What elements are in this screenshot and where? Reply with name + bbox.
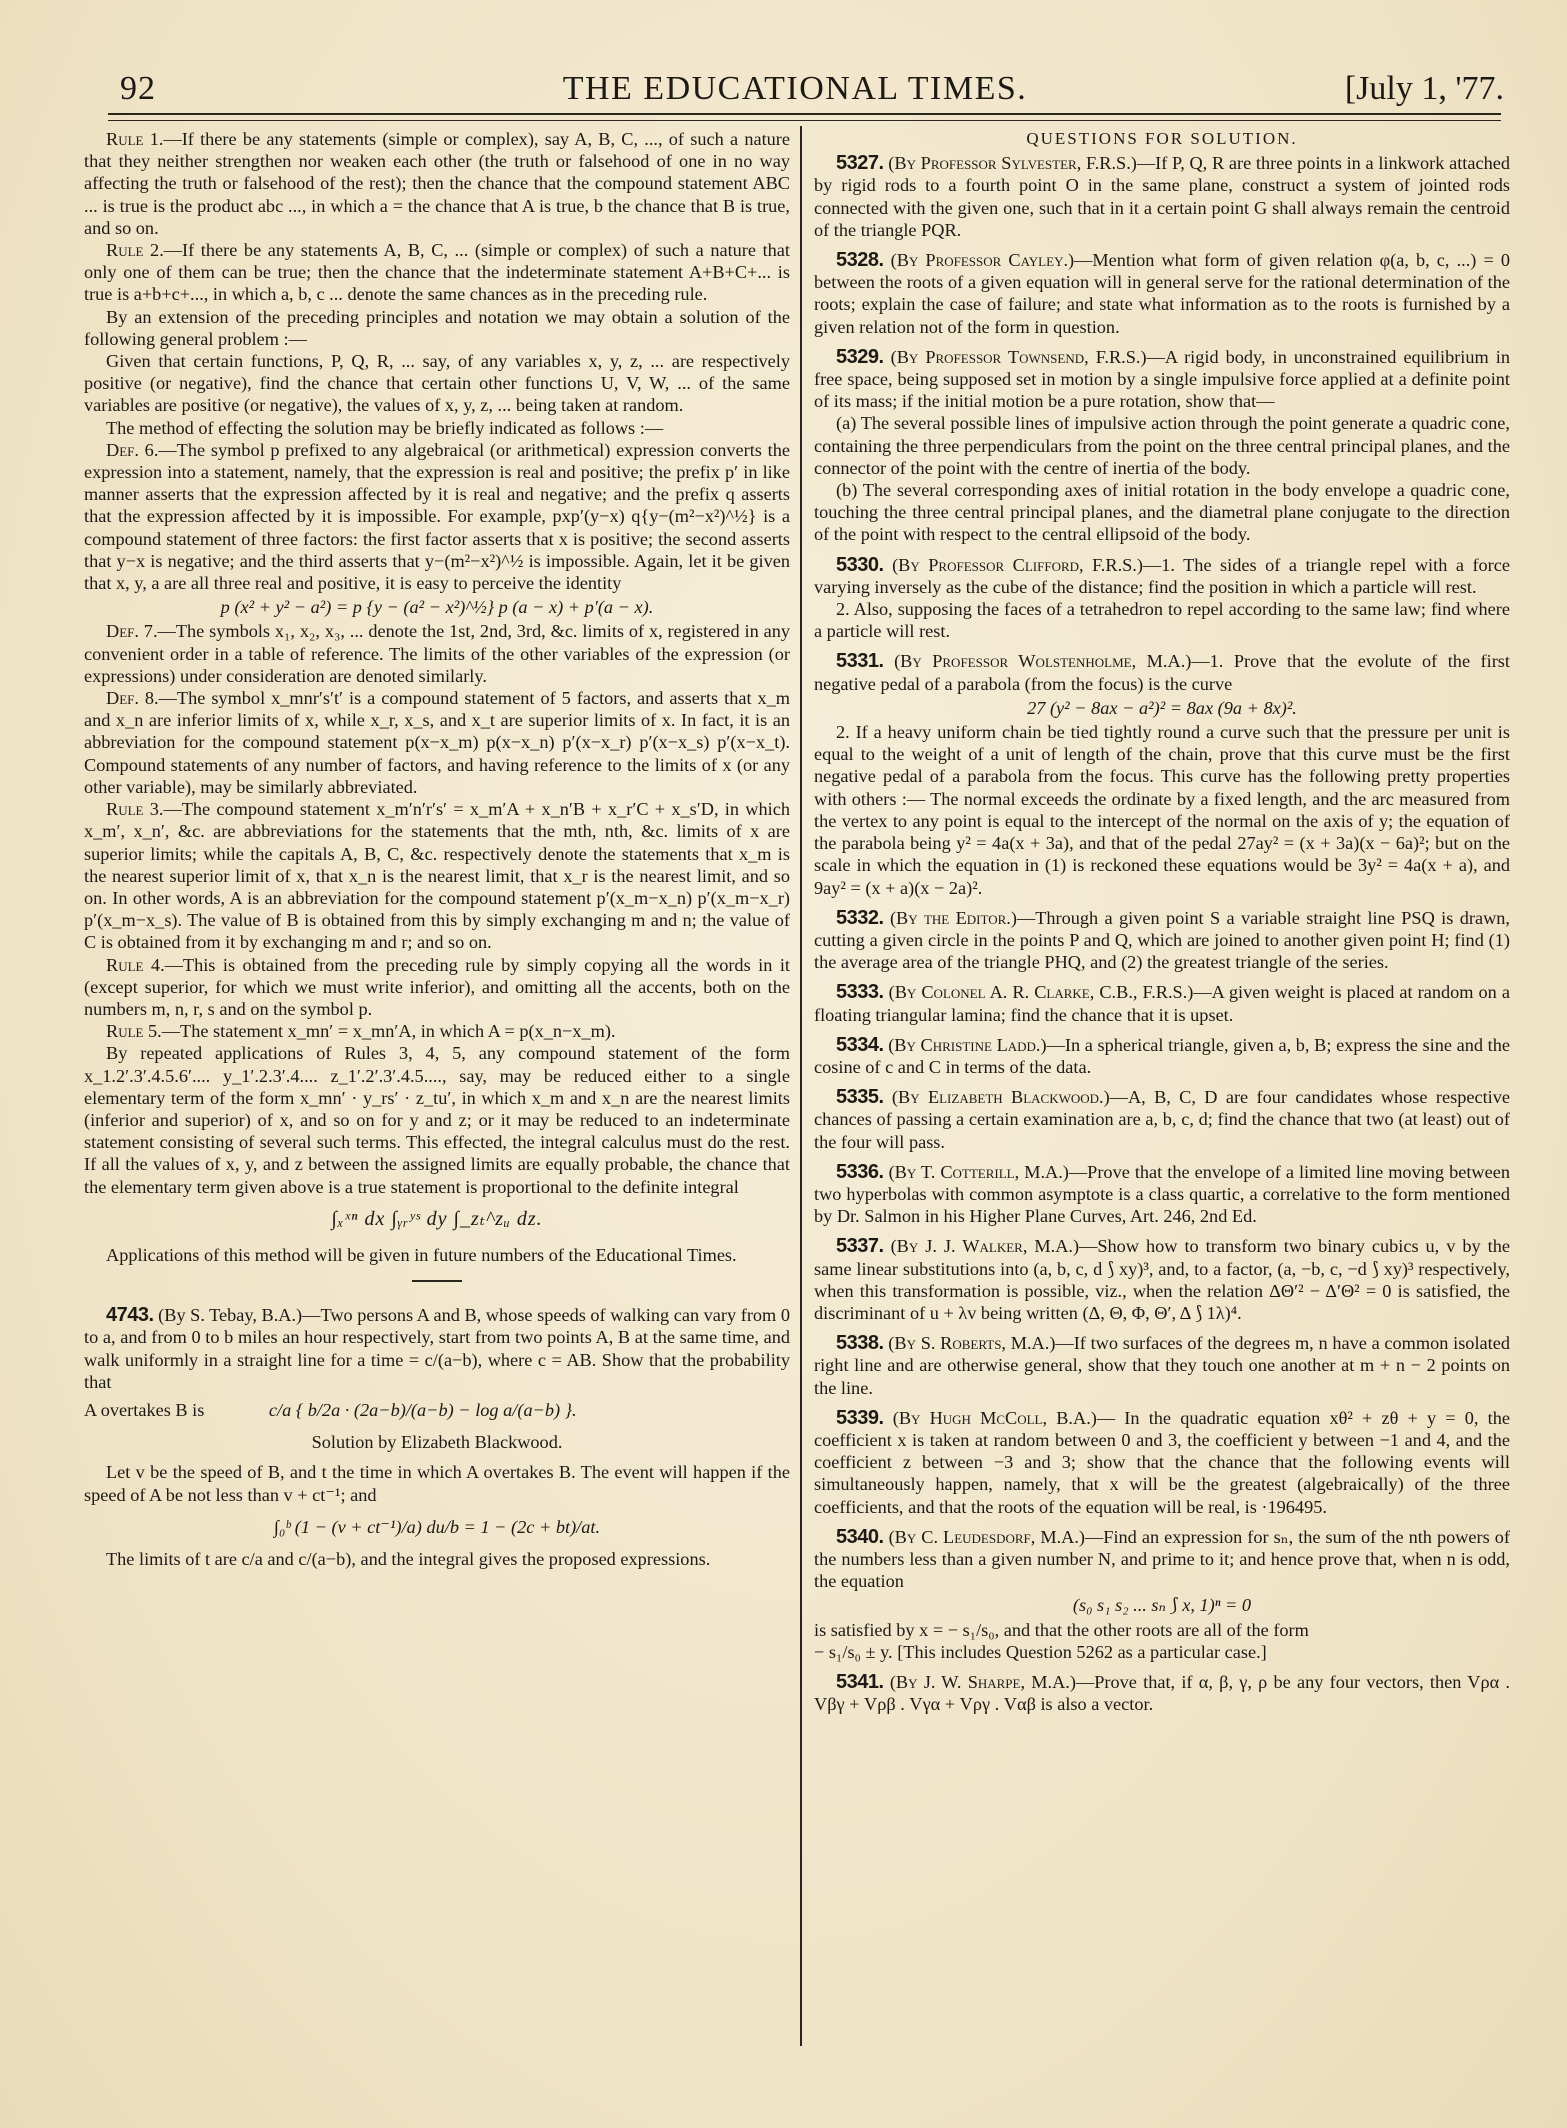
column-divider [800, 126, 802, 2046]
definition-6: Def. 6.—The symbol p prefixed to any alg… [84, 439, 790, 594]
question-5328: 5328. (By Professor Cayley.)—Mention wha… [814, 249, 1510, 338]
question-5330-part-2: 2. Also, supposing the faces of a tetrah… [814, 598, 1510, 642]
header-rule-bottom [108, 120, 1501, 121]
masthead: 92 THE EDUCATIONAL TIMES. [July 1, '77. [80, 70, 1510, 110]
left-column: Rule 1.—If there be any statements (simp… [84, 128, 790, 1570]
question-5336: 5336. (By T. Cotterill, M.A.)—Prove that… [814, 1161, 1510, 1228]
question-5329-part-b: (b) The several corresponding axes of in… [814, 479, 1510, 546]
header-rule-top [108, 113, 1501, 115]
solution-paragraph-1: Let v be the speed of B, and t the time … [84, 1461, 790, 1505]
paragraph-extension: By an extension of the preceding princip… [84, 306, 790, 350]
question-5330: 5330. (By Professor Clifford, F.R.S.)—1.… [814, 554, 1510, 598]
definition-7: Def. 7.—The symbols x₁, x₂, x₃, ... deno… [84, 620, 790, 687]
right-column: QUESTIONS FOR SOLUTION. 5327. (By Profes… [814, 128, 1510, 1715]
rule-4: Rule 4.—This is obtained from the preced… [84, 954, 790, 1021]
paragraph-problem: Given that certain functions, P, Q, R, .… [84, 350, 790, 417]
question-5338: 5338. (By S. Roberts, M.A.)—If two surfa… [814, 1332, 1510, 1399]
question-5337: 5337. (By J. J. Walker, M.A.)—Show how t… [814, 1235, 1510, 1324]
question-5327: 5327. (By Professor Sylvester, F.R.S.)—I… [814, 152, 1510, 241]
publication-title: THE EDUCATIONAL TIMES. [80, 70, 1510, 108]
question-5334: 5334. (By Christine Ladd.)—In a spherica… [814, 1034, 1510, 1078]
question-5340-equation: (s₀ s₁ s₂ ... sₙ ⟆ x, 1)ⁿ = 0 [814, 1594, 1510, 1616]
paragraph-repeated-applications: By repeated applications of Rules 3, 4, … [84, 1042, 790, 1197]
paragraph-method: The method of effecting the solution may… [84, 417, 790, 439]
question-5340-continuation-1: is satisfied by x = − s₁/s₀, and that th… [814, 1619, 1510, 1641]
question-5335: 5335. (By Elizabeth Blackwood.)—A, B, C,… [814, 1086, 1510, 1153]
question-5340-continuation-2: − s₁/s₀ ± y. [This includes Question 526… [814, 1641, 1510, 1663]
identity-equation: p (x² + y² − a²) = p {y − (a² − x²)^½} p… [84, 596, 790, 618]
problem-4743: 4743. (By S. Tebay, B.A.)—Two persons A … [84, 1304, 790, 1393]
question-5340: 5340. (By C. Leudesdorf, M.A.)—Find an e… [814, 1526, 1510, 1593]
section-heading: QUESTIONS FOR SOLUTION. [814, 128, 1510, 150]
newspaper-page: 92 THE EDUCATIONAL TIMES. [July 1, '77. … [0, 0, 1567, 2128]
question-5339: 5339. (By Hugh McColl, B.A.)— In the qua… [814, 1407, 1510, 1518]
rule-3: Rule 3.—The compound statement x_m′n′r′s… [84, 798, 790, 953]
problem-4743-result: A overtakes B is c/a { b/2a · (2a−b)/(a−… [84, 1399, 790, 1421]
question-5341: 5341. (By J. W. Sharpe, M.A.)—Prove that… [814, 1671, 1510, 1715]
solution-heading: Solution by Elizabeth Blackwood. [84, 1431, 790, 1453]
question-5333: 5333. (By Colonel A. R. Clarke, C.B., F.… [814, 981, 1510, 1025]
rule-2: Rule 2.—If there be any statements A, B,… [84, 239, 790, 306]
section-separator [412, 1280, 462, 1282]
question-author: (By S. Tebay, B.A.) [158, 1305, 302, 1325]
question-5329: 5329. (By Professor Townsend, F.R.S.)—A … [814, 346, 1510, 413]
solution-paragraph-2: The limits of t are c/a and c/(a−b), and… [84, 1548, 790, 1570]
issue-date: [July 1, '77. [1345, 70, 1504, 108]
paragraph-applications: Applications of this method will be give… [84, 1244, 790, 1266]
question-5331-part-2: 2. If a heavy uniform chain be tied tigh… [814, 721, 1510, 899]
rule-1: Rule 1.—If there be any statements (simp… [84, 128, 790, 239]
rule-5: Rule 5.—The statement x_mn′ = x_mn′A, in… [84, 1020, 790, 1042]
question-5332: 5332. (By the Editor.)—Through a given p… [814, 907, 1510, 974]
question-number: 4743. [106, 1304, 154, 1326]
definition-8: Def. 8.—The symbol x_mnr′s′t′ is a compo… [84, 687, 790, 798]
definite-integral: ∫ₓˣⁿ dx ∫ᵧᵣʸˢ dy ∫_zₜ^zᵤ dz. [84, 1208, 790, 1230]
question-5329-part-a: (a) The several possible lines of impuls… [814, 412, 1510, 479]
question-5331: 5331. (By Professor Wolstenholme, M.A.)—… [814, 650, 1510, 694]
question-5331-equation: 27 (y² − 8ax − a²)² = 8ax (9a + 8x)². [814, 697, 1510, 719]
solution-equation: ∫₀ᵇ (1 − (v + ct⁻¹)/a) du/b = 1 − (2c + … [84, 1516, 790, 1538]
